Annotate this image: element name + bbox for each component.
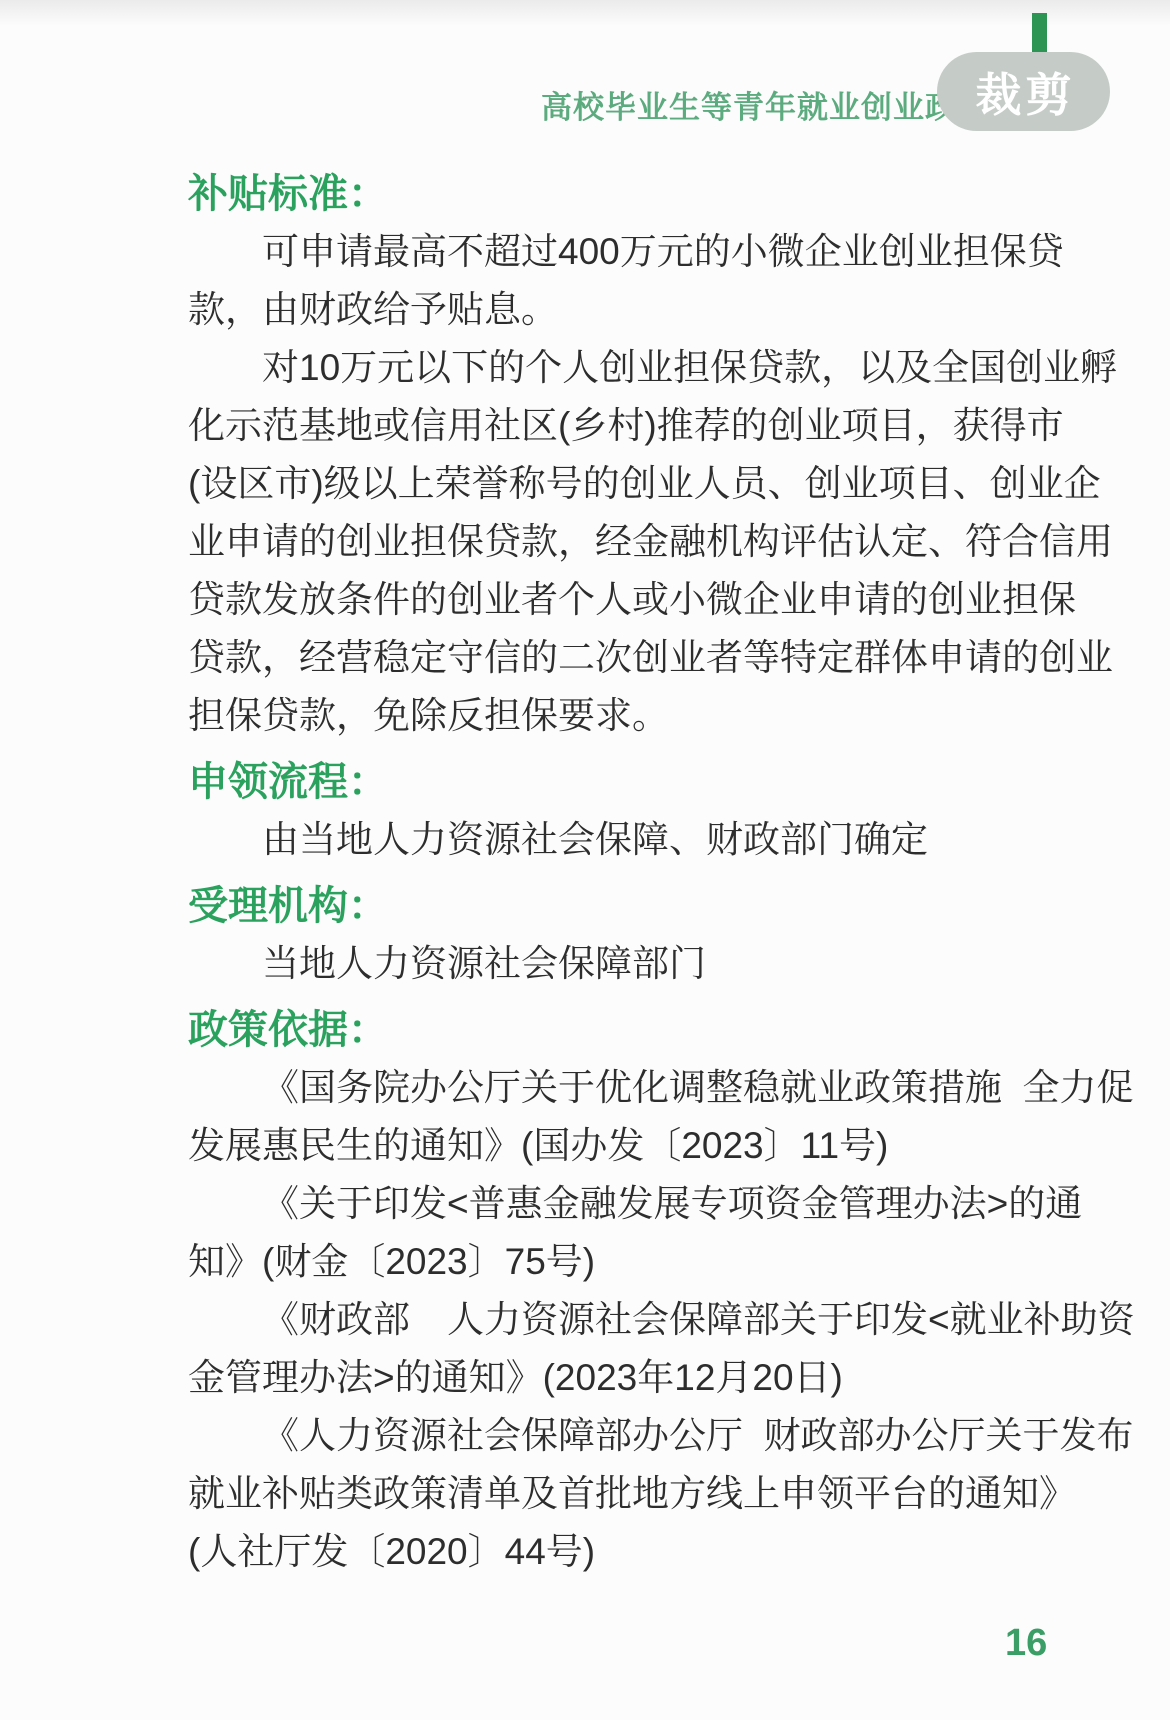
body-line: 金管理办法>的通知》(2023年12月20日) (188, 1349, 1068, 1407)
body-line: 《财政部 人力资源社会保障部关于印发<就业补助资 (188, 1291, 1068, 1349)
section-heading: 政策依据： (188, 1001, 1068, 1059)
body-line: (人社厅发〔2020〕44号) (188, 1523, 1068, 1581)
body-line: 知》(财金〔2023〕75号) (188, 1233, 1068, 1291)
body-line: 业申请的创业担保贷款，经金融机构评估认定、符合信用 (188, 513, 1068, 571)
body-line: 贷款发放条件的创业者个人或小微企业申请的创业担保 (188, 571, 1068, 629)
body-line: 担保贷款，免除反担保要求。 (188, 687, 1068, 745)
body-line: 《国务院办公厅关于优化调整稳就业政策措施 全力促 (188, 1059, 1068, 1117)
body-line: 由当地人力资源社会保障、财政部门确定 (188, 811, 1068, 869)
body-line: 就业补贴类政策清单及首批地方线上申领平台的通知》 (188, 1465, 1068, 1523)
body-line: 发展惠民生的通知》(国办发〔2023〕11号) (188, 1117, 1068, 1175)
page-number: 16 (1005, 1622, 1047, 1665)
page-top-shade (0, 0, 1170, 26)
body-line: 当地人力资源社会保障部门 (188, 935, 1068, 993)
accent-bar (1032, 13, 1047, 54)
body-line: 可申请最高不超过400万元的小微企业创业担保贷 (188, 223, 1068, 281)
content-flow: 补贴标准：可申请最高不超过400万元的小微企业创业担保贷款，由财政给予贴息。对1… (188, 157, 1068, 1581)
section-heading: 申领流程： (188, 753, 1068, 811)
page-header-title: 高校毕业生等青年就业创业政策 (541, 82, 989, 127)
body-line: 化示范基地或信用社区(乡村)推荐的创业项目，获得市 (188, 397, 1068, 455)
body-line: 对10万元以下的个人创业担保贷款，以及全国创业孵 (188, 339, 1068, 397)
body-line: 《人力资源社会保障部办公厅 财政部办公厅关于发布 (188, 1407, 1068, 1465)
body-line: (设区市)级以上荣誉称号的创业人员、创业项目、创业企 (188, 455, 1068, 513)
section-heading: 受理机构： (188, 877, 1068, 935)
body-line: 《关于印发<普惠金融发展专项资金管理办法>的通 (188, 1175, 1068, 1233)
body-line: 款，由财政给予贴息。 (188, 281, 1068, 339)
body-line: 贷款，经营稳定守信的二次创业者等特定群体申请的创业 (188, 629, 1068, 687)
crop-badge-button[interactable]: 裁剪 (937, 52, 1110, 131)
section-heading: 补贴标准： (188, 165, 1068, 223)
